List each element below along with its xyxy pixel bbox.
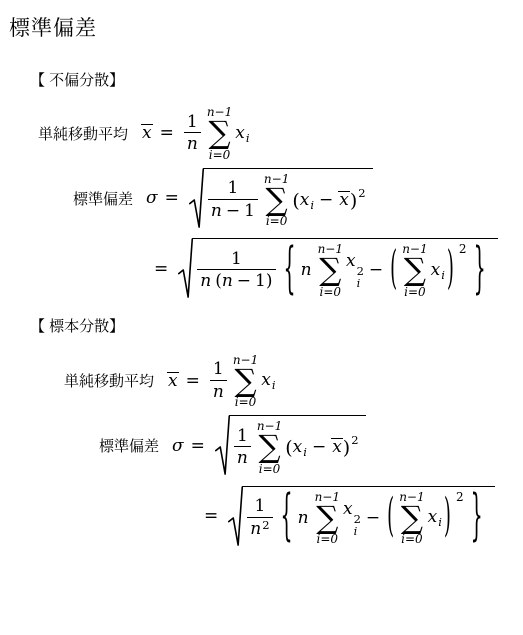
number-1: 1 (244, 201, 255, 221)
variable-n: n (222, 271, 233, 291)
close-brace: } (474, 243, 486, 298)
subscript-i: i (303, 445, 307, 459)
open-brace: { (281, 490, 293, 545)
sigma-sum-icon: ∑ (258, 433, 280, 462)
radicand: 1 n−1 n−1 ∑ i=0 (xi−x)2 (203, 168, 373, 230)
section-heading-unbiased: 【 不偏分散】 (30, 69, 523, 90)
radical-icon (228, 486, 243, 548)
variable-n: n (301, 260, 312, 280)
summation: n−1 ∑ i=0 (264, 173, 289, 228)
minus-sign: − (237, 271, 251, 291)
sigma-sum-icon: ∑ (401, 504, 423, 533)
formula-row-sma-2: 単純移動平均 x = 1 n n−1 ∑ i=0 xi (64, 354, 523, 409)
numerator: 1 (224, 178, 241, 198)
variable-x: x (428, 507, 438, 527)
sigma-sum-icon: ∑ (316, 504, 338, 533)
open-brace: { (284, 243, 296, 298)
variable-x: x (343, 499, 353, 519)
fraction-1-over-n: 1 n (210, 359, 227, 402)
numerator: 1 (228, 249, 245, 269)
variable-sigma: σ (172, 436, 184, 456)
radical-icon (215, 415, 230, 477)
sigma-sum-icon: ∑ (319, 256, 341, 285)
close-paren: ) (350, 190, 357, 212)
variable-n: n (211, 201, 222, 221)
minus-sign: − (319, 190, 333, 210)
minus-sign: − (369, 260, 383, 280)
variable-x: x (346, 251, 356, 271)
xi-term: xi (235, 123, 249, 145)
big-close-paren: ) (447, 247, 454, 293)
subscript-i: i (441, 268, 445, 282)
formula-row-expanded-1: = 1 n(n−1) { n n−1 ∑ i=0 (147, 238, 523, 300)
variable-sigma: σ (146, 188, 158, 208)
fraction-1-over-n-squared: 1 n2 (247, 496, 272, 539)
fraction-1-over-n: 1 n (184, 112, 201, 155)
sigma-sum-icon: ∑ (404, 256, 426, 285)
fraction-1-over-n: 1 n (234, 426, 251, 469)
numerator: 1 (184, 112, 201, 132)
exponent-2: 2 (262, 518, 269, 532)
formula-math-sma: x = 1 n n−1 ∑ i=0 xi (141, 106, 250, 161)
open-paren: ( (215, 271, 222, 291)
formula-label: 単純移動平均 (38, 123, 128, 144)
formula-row-expanded-2: = 1 n2 { n n−1 ∑ i=0 (197, 486, 523, 548)
minus-sign: − (312, 437, 326, 457)
formula-row-sd-1: 標準偏差 σ = 1 n−1 n−1 ∑ i=0 (73, 168, 523, 230)
formula-label: 標準偏差 (99, 435, 159, 456)
denominator: n−1 (208, 199, 258, 221)
subscript-i: i (310, 198, 314, 212)
fraction-1-over-n-1: 1 n−1 (208, 178, 258, 221)
number-1: 1 (255, 271, 266, 291)
summation: n−1 ∑ i=0 (318, 243, 343, 298)
equals-sign: = (191, 436, 205, 456)
summation: n−1 ∑ i=0 (257, 420, 282, 475)
exponent-2: 2 (351, 433, 358, 447)
radical-icon (189, 168, 204, 230)
subscript-i: i (357, 277, 361, 289)
numerator: 1 (210, 359, 227, 379)
variable-x: x (431, 260, 441, 280)
equals-sign: = (204, 506, 218, 526)
formula-math-sma: x = 1 n n−1 ∑ i=0 xi (167, 354, 276, 409)
squared-deviation-term: (xi−x)2 (285, 435, 358, 459)
sum-lower-limit: i=0 (401, 533, 423, 545)
minus-sign: − (226, 201, 240, 221)
equals-sign: = (154, 259, 168, 279)
variable-n: n (200, 271, 211, 291)
equals-sign: = (165, 188, 179, 208)
variable-x: x (300, 190, 310, 210)
formula-math-expanded: = 1 n2 { n n−1 ∑ i=0 (197, 486, 495, 548)
sub-sup-stack: 2i (354, 513, 361, 537)
square-root: 1 n−1 n−1 ∑ i=0 (xi−x)2 (189, 168, 373, 230)
xbar-term: x (167, 371, 179, 391)
variable-x: x (293, 437, 303, 457)
sum-lower-limit: i=0 (209, 149, 231, 161)
sum-lower-limit: i=0 (320, 286, 342, 298)
minus-sign: − (366, 508, 380, 528)
radicand: 1 n(n−1) { n n−1 ∑ i=0 x2i − ( n−1 (192, 238, 497, 300)
variable-xbar: x (331, 438, 343, 455)
sum-lower-limit: i=0 (266, 215, 288, 227)
variable-n: n (250, 519, 261, 539)
denominator: n (210, 380, 227, 402)
formula-math-expanded: = 1 n(n−1) { n n−1 ∑ i=0 (147, 238, 498, 300)
sum-lower-limit: i=0 (317, 533, 339, 545)
square-root: 1 n(n−1) { n n−1 ∑ i=0 x2i − ( n−1 (178, 238, 497, 300)
subscript-i: i (438, 515, 442, 529)
radical-icon (178, 238, 193, 300)
variable-xbar: x (338, 191, 350, 208)
variable-n: n (298, 508, 309, 528)
close-paren: ) (266, 271, 273, 291)
denominator: n (234, 446, 251, 468)
variable-xbar: x (141, 124, 153, 141)
fraction-1-over-n-n-1: 1 n(n−1) (197, 249, 275, 292)
xi-squared-term: x2i (343, 499, 361, 537)
square-root: 1 n n−1 ∑ i=0 (xi−x)2 (215, 415, 366, 477)
exponent-2: 2 (456, 491, 464, 503)
summation: n−1 ∑ i=0 (315, 491, 340, 546)
numerator: 1 (251, 496, 268, 516)
subscript-i: i (272, 378, 276, 392)
sub-sup-stack: 2i (357, 265, 364, 289)
xi-term: xi (431, 260, 445, 282)
exponent-2: 2 (358, 186, 365, 200)
sum-lower-limit: i=0 (404, 286, 426, 298)
formula-label: 標準偏差 (73, 188, 133, 209)
summation: n−1 ∑ i=0 (233, 354, 258, 409)
exponent-2: 2 (459, 243, 467, 255)
numerator: 1 (234, 426, 251, 446)
subscript-i: i (354, 525, 358, 537)
formula-row-sd-2: 標準偏差 σ = 1 n n−1 ∑ i=0 ( (99, 415, 523, 477)
summation: n−1 ∑ i=0 (399, 491, 424, 546)
variable-xbar: x (167, 372, 179, 389)
sigma-sum-icon: ∑ (208, 119, 230, 148)
sigma-sum-icon: ∑ (266, 186, 288, 215)
xi-term: xi (428, 507, 442, 529)
formula-row-sma-1: 単純移動平均 x = 1 n n−1 ∑ i=0 xi (38, 106, 523, 161)
sum-lower-limit: i=0 (259, 463, 281, 475)
open-paren: ( (285, 437, 292, 459)
summation: n−1 ∑ i=0 (207, 106, 232, 161)
radicand: 1 n n−1 ∑ i=0 (xi−x)2 (229, 415, 366, 477)
big-close-paren: ) (444, 495, 451, 541)
xbar-term: x (141, 123, 153, 143)
sum-lower-limit: i=0 (235, 396, 257, 408)
close-paren: ) (343, 437, 350, 459)
squared-deviation-term: (xi−x)2 (292, 188, 365, 212)
xi-term: xi (261, 370, 275, 392)
denominator: n(n−1) (197, 269, 275, 291)
formula-math-sd: σ = 1 n n−1 ∑ i=0 (xi−x)2 (172, 415, 366, 477)
big-open-paren: ( (390, 247, 397, 293)
equals-sign: = (186, 371, 200, 391)
variable-x: x (235, 123, 245, 143)
square-root: 1 n2 { n n−1 ∑ i=0 x2i − ( n−1 ∑ (228, 486, 494, 548)
document-page: 標準偏差 【 不偏分散】 単純移動平均 x = 1 n n−1 ∑ i=0 xi… (0, 0, 523, 635)
summation: n−1 ∑ i=0 (402, 243, 427, 298)
sigma-sum-icon: ∑ (234, 367, 256, 396)
denominator: n (184, 132, 201, 154)
close-brace: } (471, 490, 483, 545)
section-heading-sample: 【 標本分散】 (30, 315, 523, 336)
formula-math-sd: σ = 1 n−1 n−1 ∑ i=0 (xi−x)2 (146, 168, 373, 230)
denominator: n2 (247, 517, 272, 539)
equals-sign: = (160, 123, 174, 143)
open-paren: ( (292, 190, 299, 212)
radicand: 1 n2 { n n−1 ∑ i=0 x2i − ( n−1 ∑ (242, 486, 494, 548)
variable-x: x (261, 370, 271, 390)
formula-label: 単純移動平均 (64, 370, 154, 391)
subscript-i: i (246, 131, 250, 145)
page-title: 標準偏差 (9, 12, 523, 42)
big-open-paren: ( (387, 495, 394, 541)
xi-squared-term: x2i (346, 251, 364, 289)
